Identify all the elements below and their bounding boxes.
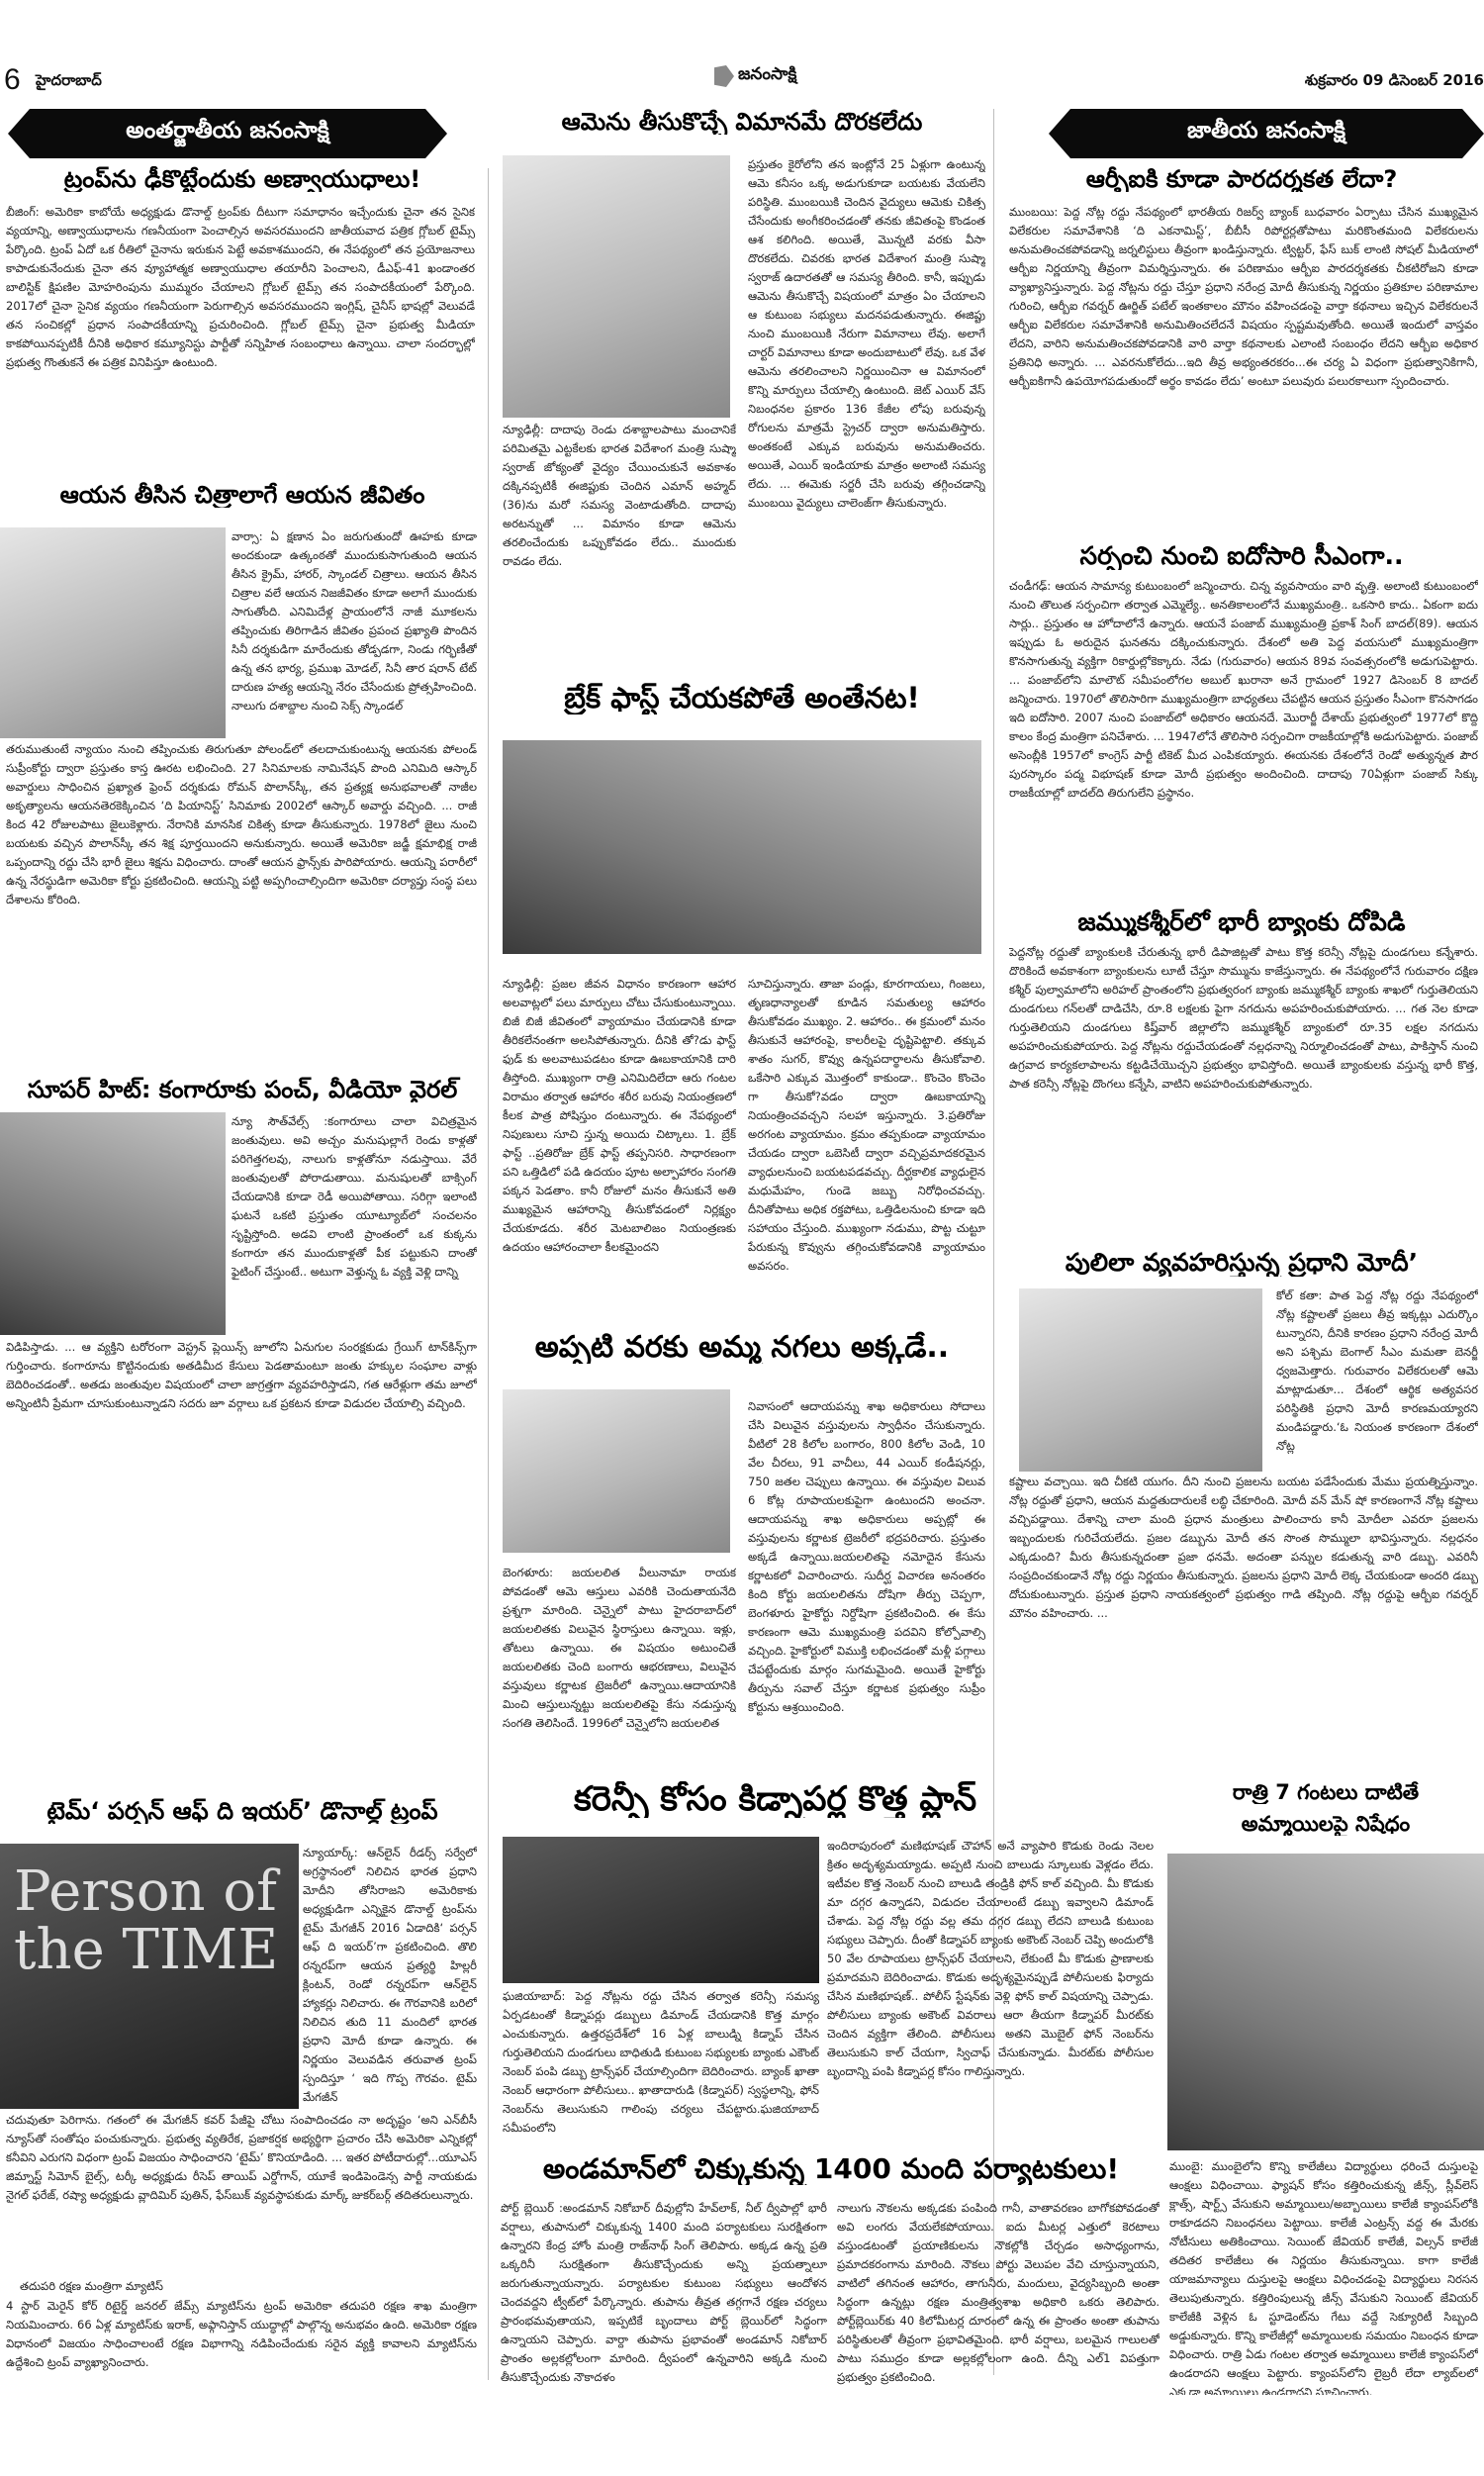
paper-name: జనంసాక్షి [738,64,796,88]
page-number: 6 [4,63,21,97]
belly-closeup-photo [503,740,981,954]
article-body: న్యూయార్క్: ఆన్‌లైన్ రీడర్స్ సర్వేలో అగ్… [303,1844,477,2109]
portrait-photo [0,527,226,738]
article-body: ఇందిరాపురంలో మణిభూషణ్ చౌహాన్ అనే వ్యాపార… [827,1837,1154,2145]
hands-photo [503,1837,819,1983]
article-body: ముంబై: ముంబైలోని కొన్ని కాలేజీలు విద్యార… [1169,2157,1478,2395]
article-body: న్యూఢిల్లీ: ప్రజల జీవన విధానం కారణంగా ఆహ… [503,975,736,1321]
article-headline: అప్పటి వరకు అమ్మ నగలు అక్కడే.. [495,1331,989,1364]
article-headline: ఆర్బీఐకి కూడా పారదర్శకత లేదా? [999,166,1484,192]
article-body: ఘజియాబాద్: పెద్ద నోట్లను రద్దు చేసిన తర్… [503,1987,819,2145]
article-body: బీజింగ్: అమెరికా కాబోయే అధ్యక్షుడు డొనాల… [6,203,475,500]
time-cover-caption: Person of the TIME [0,1844,299,2000]
edition-city: హైదరాబాద్ [36,71,102,93]
article-body: నాలుగు నౌకలను అక్కడకు పంపింది గానీ, వాతా… [837,2199,1159,2397]
section-banner-national: జాతీయ జనంసాక్షి [1070,109,1462,158]
kangaroo-boxing-photo [0,1112,226,1335]
time-cover-photo: Person of the TIME [0,1844,299,2109]
paper-logo: జనంసాక్షి [714,64,796,88]
article-headline: సూపర్ హిట్: కంగారూకు పంచ్, వీడియో వైరల్ [0,1077,485,1102]
article-body: ముంబయి: పెద్ద నోట్ల రద్దు నేపథ్యంలో భారత… [1009,203,1478,529]
article-body: పెద్దనోట్ల రద్దుతో బ్యాంకులకి చేరుతున్న … [1009,943,1478,1230]
article-headline: ట్రంప్‌ను ఢీకొట్టేందుకు అణ్వాయుధాలు! [0,166,485,192]
article-headline: జమ్ముకశ్మీర్‌లో భారీ బ్యాంకు దోపిడి [999,908,1484,936]
article-headline: పులిలా వ్యవహరిస్తున్న ప్రధాని మోదీ’ [999,1249,1484,1277]
article-body: తరుముతుంటే న్యాయం నుంచి తప్పించుకు తిరుగ… [6,740,477,1070]
column-divider [488,168,489,2380]
article-headline: ఆమెను తీసుకొచ్చే విమానమే దొరకలేదు [495,109,989,135]
article-body: బెంగళూరు: జయలలిత వీలునామా రాయక పోవడంతో ఆ… [503,1564,736,1752]
article-body: చండీగఢ్: ఆయన సామాన్య కుటుంబంలో జన్మించార… [1009,577,1478,904]
article-body: న్యూ సౌత్‌వేల్స్ :కంగారూలు చాలా విచిత్రమ… [232,1112,477,1335]
article-headline: సర్పంచి నుంచి ఐదోసారి సీఎంగా.. [999,542,1484,570]
article-body: విడిపిస్తాడు. ... ఆ వ్యక్తిని టరోరంగా వె… [6,1338,477,1789]
article-headline: ఆయన తీసిన చిత్రాలాగే ఆయన జీవితం [0,482,485,508]
article-body: వార్సా: ఏ క్షణాన ఏం జరుగుతుందో ఊహకు కూడా… [232,527,477,738]
article-headline: కరెన్సీ కోసం కిడ్నాపర్ల కొత్త ప్లాన్ [495,1781,1266,1818]
article-headline: అమ్మాయిలపై నిషేధం [1167,1813,1484,1836]
article-headline: బ్రేక్ ఫాస్ట్ చేయకపోతే అంతేనట! [495,683,989,714]
article-body: కష్టాలు వచ్చాయి. ఇది చీకటి యుగం. దీని ను… [1009,1473,1478,1769]
mamata-speaking-photo [1019,1288,1262,1472]
article-headline: అండమాన్‌లో చిక్కుకున్న 1400 మంది పర్యాటక… [495,2154,1167,2185]
patient-in-bed-photo [503,155,730,418]
article-body: కోల్ కతా: పాత పెద్ద నోట్ల రద్దు నేపథ్యంల… [1276,1286,1478,1472]
article-body: ప్రస్తుతం కైరోలోని తన ఇంట్లోనే 25 ఏళ్లుగ… [748,155,985,670]
article-body: 4 స్టార్ మెరైన్ కోర్ రిటైర్డ్ జనరల్ జేమ్… [6,2297,477,2376]
article-body: నివాసంలో ఆదాయపన్ను శాఖ అధికారులు సోదాలు … [748,1397,985,1754]
article-body: చదువుతూ పెరిగాను. గతంలో ఈ మేగజీన్ కవర్ ప… [6,2111,477,2274]
section-title: జాతీయ జనంసాక్షి [1187,118,1345,149]
article-body: పోర్ట్ బ్లెయిర్ :అండమాన్ నికోబార్ దీవుల్… [501,2199,827,2397]
article-headline: రాత్రి 7 గంటలు దాటితే [1167,1781,1484,1804]
ripped-jeans-photo [1167,1854,1484,2150]
article-body: సూచిస్తున్నారు. తాజా పండ్లు, కూరగాయలు, గ… [748,975,985,1321]
jayalalitha-portrait-photo [503,1389,730,1553]
article-subhead: తదుపరి రక్షణ మంత్రిగా మ్యాటిస్ [20,2277,317,2297]
issue-date: శుక్రవారం 09 డిసెంబర్ 2016 [1305,71,1484,93]
article-body: న్యూఢిల్లీ: దాదాపు రెండు దశాబ్దాలపాటు మం… [503,421,736,670]
section-banner-international: అంతర్జాతీయ జనంసాక్షి [30,109,425,158]
logo-map-icon [714,65,734,87]
article-headline: టైమ్‘ పర్సన్ ఆఫ్ ది ఇయర్’ డొనాల్డ్ ట్రంప… [0,1798,485,1824]
section-title: అంతర్జాతీయ జనంసాక్షి [126,118,328,149]
